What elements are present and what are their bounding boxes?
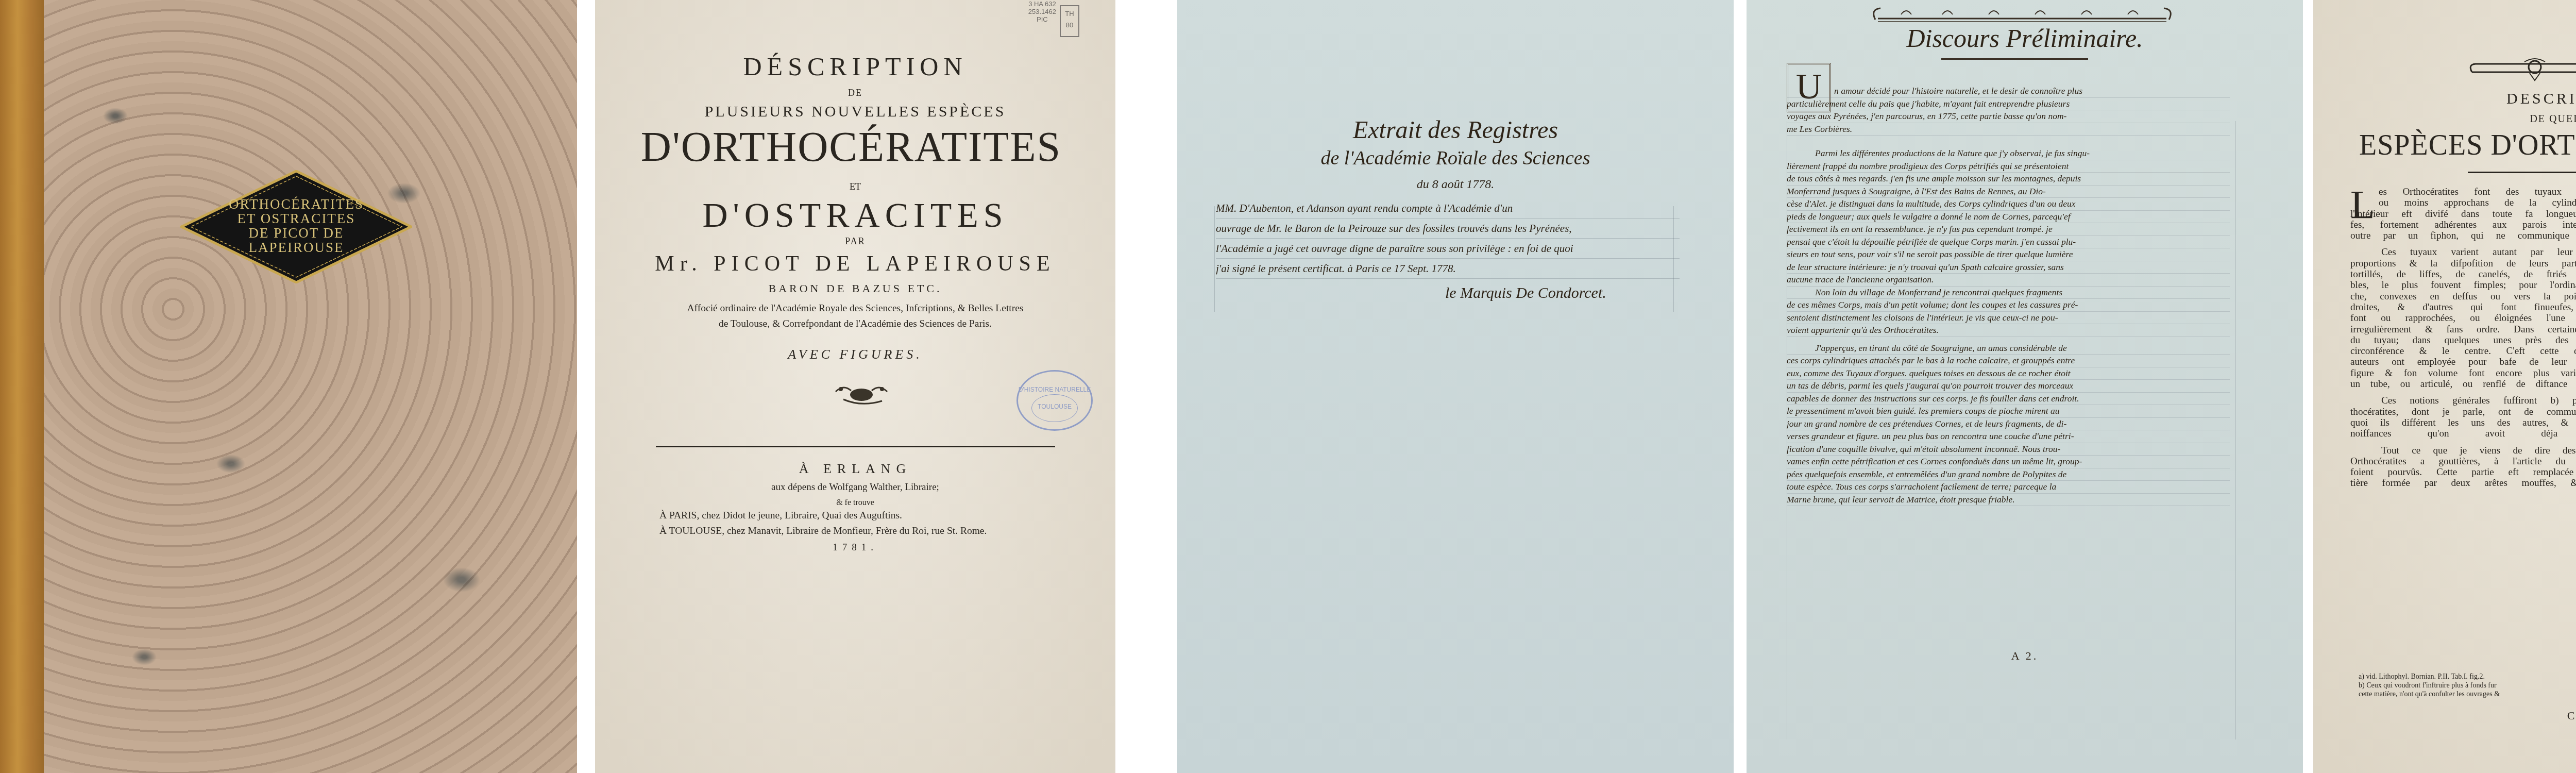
author-affiliation-2: de Toulouse, & Correfpondant de l'Académ… xyxy=(595,318,1115,330)
discours-line: toute espèce. Tous ces corps s'arrachoie… xyxy=(1787,481,2230,494)
cover-label-text: ORTHOCÉRATITES ET OSTRACITES DE PICOT DE… xyxy=(180,197,412,255)
discours-line: le pressentiment m'avoit bien guidé. les… xyxy=(1787,405,2230,418)
text-line: proportions & la difpofition de leurs pa… xyxy=(2350,258,2576,269)
discours-page: Discours Préliminaire. U n amour décidé … xyxy=(1747,0,2303,773)
avec-figures: AVEC FIGURES. xyxy=(595,347,1115,362)
text-line: auteurs ont employée pour bafe de leur m… xyxy=(2350,357,2576,367)
discours-line: fectivement ils en ont la ressemblance. … xyxy=(1787,223,2230,236)
author-name: Mr. PICOT DE LAPEIROUSE xyxy=(595,251,1115,276)
discours-line: de tous côtés à mes regards. j'en fis un… xyxy=(1787,173,2230,186)
text-line: Ces notions générales fuffiront b) pour … xyxy=(2350,395,2576,406)
box-mark-line: 80 xyxy=(1061,20,1078,31)
cover-label-line: ORTHOCÉRATITES xyxy=(180,197,412,211)
cover-label-line: ET OSTRACITES xyxy=(180,211,412,226)
text-line: outre par un fiphon, qui ne communique e… xyxy=(2350,230,2576,241)
heading-de-quelques: DE QUELQUES xyxy=(2313,113,2576,125)
text-line: un tube, ou articulé, ou renflé de difta… xyxy=(2350,379,2576,390)
discours-line: lièrement frappé du nombre prodigieux de… xyxy=(1787,160,2230,173)
title-description: DÉSCRIPTION xyxy=(595,52,1115,81)
discours-line: me Les Corbières. xyxy=(1787,123,2230,136)
footnote-line: cette matière, n'ont qu'à confulter les … xyxy=(2359,690,2575,699)
discours-line: ces corps cylindriques attachés par le b… xyxy=(1787,355,2230,367)
extrait-date: du 8 août 1778. xyxy=(1177,178,1734,192)
paragraph-gap xyxy=(2350,241,2576,247)
floral-headpiece-icon xyxy=(2468,57,2576,82)
text-line: thocératites, dont je parle, ont de comm… xyxy=(2350,407,2576,417)
text-line: ou moins approchans de la cylindrique; t… xyxy=(2350,197,2576,208)
discours-line: pieds de longueur; aux quels le vulgaire… xyxy=(1787,211,2230,224)
title-et: ET xyxy=(595,181,1115,192)
text-line: Orthocératites a gouttières, à l'article… xyxy=(2350,456,2576,467)
cover-label-line: LAPEIROUSE xyxy=(180,240,412,255)
discours-line: capables de donner des instructions sur … xyxy=(1787,393,2230,406)
paragraph-gap xyxy=(2350,440,2576,445)
divider-rule xyxy=(656,446,1055,447)
discours-line: particulièrement celle du païs que j'hab… xyxy=(1787,98,2230,111)
book-spine xyxy=(0,0,44,773)
heading-especes: ESPÈCES D'ORTHOCÉRATITES. xyxy=(2313,129,2576,162)
heading-rule xyxy=(2468,172,2576,173)
extrait-title: Extrait des Registres xyxy=(1177,116,1734,144)
text-line: foient pourvûs. Cette partie eft remplac… xyxy=(2350,467,2576,478)
discours-line: Monferrand jusques à Sougraigne, à l'Est… xyxy=(1787,186,2230,198)
imprint-city: À ERLANG xyxy=(595,461,1115,477)
text-line: l'intérieur eft divifé dans toute fa lon… xyxy=(2350,209,2576,220)
imprint-paris: À PARIS, chez Didot le jeune, Libraire, … xyxy=(659,510,1115,522)
cover-title-label: ORTHOCÉRATITES ET OSTRACITES DE PICOT DE… xyxy=(180,170,412,283)
discours-line: pensai que c'étoit la dépouille pétrifié… xyxy=(1787,236,2230,249)
library-shelfmark: 3 HA 632 253.1462 PIC xyxy=(1028,0,1056,23)
title-par: PAR xyxy=(595,236,1115,247)
extrait-page: Extrait des Registres de l'Académie Roïa… xyxy=(1177,0,1734,773)
imprint-toulouse: À TOULOUSE, chez Manavit, Libraire de Mo… xyxy=(659,526,1115,537)
discours-line: voient appartenir qu'à des Orthocératite… xyxy=(1787,324,2230,337)
extrait-subtitle: de l'Académie Roïale des Sciences xyxy=(1177,147,1734,170)
text-line: tortillés, de liffes, de canelés, de ftr… xyxy=(2350,269,2576,280)
text-line: bles, le plus fouvent fimples; pour l'or… xyxy=(2350,280,2576,291)
title-page: 3 HA 632 253.1462 PIC TH 80 DÉSCRIPTION … xyxy=(595,0,1115,773)
extrait-line: l'Académie a jugé cet ouvrage digne de p… xyxy=(1216,239,1680,259)
title-ostracites: D'OSTRACITES xyxy=(595,195,1115,236)
title-de: DE xyxy=(595,88,1115,98)
text-line: Tout ce que je viens de dire des Orthocé… xyxy=(2350,445,2576,456)
text-line: che, convexes en deffus ou vers la point… xyxy=(2350,291,2576,302)
footnote-line: a) vid. Lithophyl. Bornian. P.II. Tab.I.… xyxy=(2359,673,2575,681)
text-line: figure & fon volume font encore plus var… xyxy=(2350,368,2576,379)
stamp-text: D'HISTOIRE NATURELLE xyxy=(1018,385,1091,394)
discours-line: cèse d'Alet. je distinguai dans la multi… xyxy=(1787,198,2230,211)
cover-page: ORTHOCÉRATITES ET OSTRACITES DE PICOT DE… xyxy=(0,0,577,773)
text-line: es Orthocératites font des tuyaux teftac… xyxy=(2350,187,2576,197)
title-rule xyxy=(1941,58,2088,60)
discours-line: n amour décidé pour l'histoire naturelle… xyxy=(1787,85,2230,98)
imprint-publisher: aux dépens de Wolfgang Walther, Libraire… xyxy=(595,482,1115,493)
signature-mark: A 2. xyxy=(1747,649,2303,663)
discours-line: Marne brune, qui leur servoit de Matrice… xyxy=(1787,494,2230,507)
text-line: quoi ils différent les uns des autres, &… xyxy=(2350,417,2576,428)
shelfmark-line: PIC xyxy=(1028,15,1056,23)
discours-line: un tas de débris, parmi les quels j'augu… xyxy=(1787,380,2230,393)
discours-body: n amour décidé pour l'histoire naturelle… xyxy=(1787,85,2230,506)
shelfmark-line: 253.1462 xyxy=(1028,8,1056,15)
text-line: fes, fortement adhérentes aux parois int… xyxy=(2350,220,2576,230)
library-box-mark: TH 80 xyxy=(1060,5,1079,37)
description-body: es Orthocératites font des tuyaux teftac… xyxy=(2350,187,2576,489)
text-line: droites, & d'autres qui font finueufes, … xyxy=(2350,302,2576,313)
discours-line: Non loin du village de Monferrand je ren… xyxy=(1787,287,2230,299)
extrait-line: MM. D'Aubenton, et Adanson ayant rendu c… xyxy=(1216,198,1680,219)
discours-line: jour un grand nombre de ces prétendues C… xyxy=(1787,418,2230,431)
discours-line: voyages aux Pyrénées, j'en parcourus, en… xyxy=(1787,110,2230,123)
paragraph-gap xyxy=(1787,337,2230,342)
discours-line: J'apperçus, en tirant du côté de Sougrai… xyxy=(1787,342,2230,355)
title-orthoceratites: D'ORTHOCÉRATITES xyxy=(595,123,1111,171)
heading-description: DESCRIPTION xyxy=(2313,90,2576,108)
printer-vignette-icon xyxy=(833,376,890,407)
extrait-line: j'ai signé le présent certificat. à Pari… xyxy=(1216,259,1680,279)
discours-line: sieurs en tout sens, pour voir s'il ne s… xyxy=(1787,248,2230,261)
title-plusieurs: PLUSIEURS NOUVELLES ESPÈCES xyxy=(595,103,1115,121)
footnotes-left: a) vid. Lithophyl. Bornian. P.II. Tab.I.… xyxy=(2359,673,2575,699)
discours-line: vames enfin cette pétrification et ces C… xyxy=(1787,456,2230,468)
discours-line: pées quelquefois ensemble, et entremêlée… xyxy=(1787,468,2230,481)
stamp-center-text: TOULOUSE xyxy=(1038,403,1072,410)
discours-line: fication d'une coquille bivalve, qui m'é… xyxy=(1787,443,2230,456)
box-mark-line: TH xyxy=(1061,8,1078,20)
discours-line: de leur structure intérieure: je n'y tro… xyxy=(1787,261,2230,274)
discours-line: de ces mêmes Corps, mais d'un petit volu… xyxy=(1787,299,2230,312)
cover-label-line: DE PICOT DE xyxy=(180,226,412,240)
signature-mark: C xyxy=(2313,709,2576,722)
text-line: tière formée par deux arêtes mouffes, & … xyxy=(2350,478,2576,489)
imprint-year: 1781. xyxy=(595,542,1115,553)
description-page: 9 DESCRIPTION DE QUELQUES ESPÈCES D'ORTH… xyxy=(2313,0,2576,773)
discours-line: verses grandeur et figure. un peu plus b… xyxy=(1787,430,2230,443)
imprint-se-trouve: & fe trouve xyxy=(595,498,1115,508)
text-line: circonférence & le centre. C'eft cette d… xyxy=(2350,346,2576,357)
text-line: font ou rapprochées, ou éloignées l'une … xyxy=(2350,313,2576,324)
paragraph-gap xyxy=(2350,390,2576,395)
discours-line: Parmi les différentes productions de la … xyxy=(1787,147,2230,160)
discours-line: sentoient distinctement les cloisons de … xyxy=(1787,312,2230,325)
extrait-line: ouvrage de Mr. le Baron de la Peirouze s… xyxy=(1216,219,1680,239)
extrait-signature: le Marquis De Condorcet. xyxy=(1445,284,1606,302)
footnote-line: b) Ceux qui voudront f'inftruire plus à … xyxy=(2359,681,2575,690)
extrait-body: MM. D'Aubenton, et Adanson ayant rendu c… xyxy=(1216,198,1680,279)
text-line: noiffances qu'on avoit déja de ces tuyau… xyxy=(2350,428,2576,439)
stamp-inner: TOULOUSE xyxy=(1031,394,1078,422)
ornamental-header-icon xyxy=(1870,4,2174,26)
text-line: Ces tuyaux varient autant par leur forme… xyxy=(2350,247,2576,258)
text-line: irregulièrement & fans ordre. Dans certa… xyxy=(2350,324,2576,335)
discours-line: aucune trace de l'ancienne organisation. xyxy=(1787,274,2230,287)
paragraph-gap xyxy=(1787,136,2230,147)
author-title: BARON DE BAZUS ETC. xyxy=(595,282,1115,295)
text-line: du tuyau; dans quelques unes près des bo… xyxy=(2350,335,2576,346)
discours-title: Discours Préliminaire. xyxy=(1747,23,2303,53)
author-affiliation-1: Affocié ordinaire de l'Académie Royale d… xyxy=(595,303,1115,314)
library-stamp: D'HISTOIRE NATURELLE TOULOUSE xyxy=(1016,370,1093,431)
shelfmark-line: 3 HA 632 xyxy=(1028,0,1056,8)
discours-line: eux, comme des Tuyaux d'orgues. quelques… xyxy=(1787,367,2230,380)
